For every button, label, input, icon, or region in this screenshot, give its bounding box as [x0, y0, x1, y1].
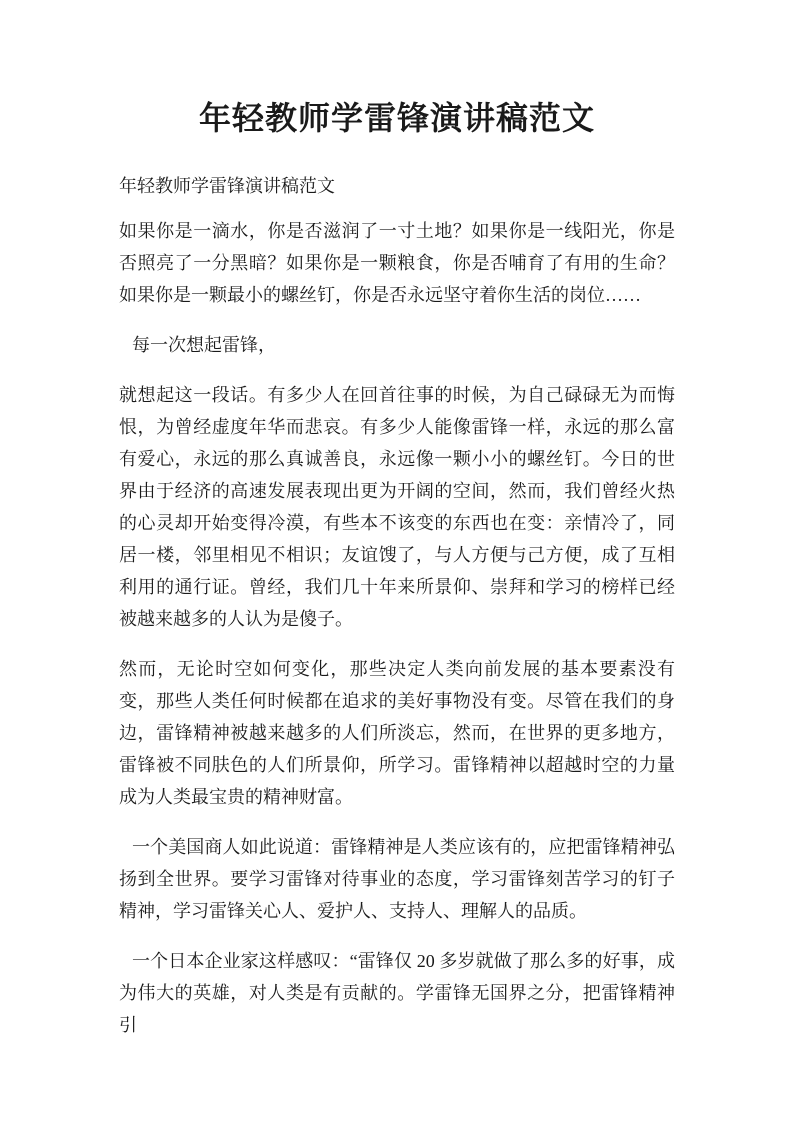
paragraph-intro-water: 如果你是一滴水，你是否滋润了一寸土地？如果你是一线阳光，你是否照亮了一分黑暗？如… — [119, 215, 675, 311]
paragraph-american-businessman: 一个美国商人如此说道：雷锋精神是人类应该有的，应把雷锋精神弘扬到全世界。要学习雷… — [119, 831, 675, 927]
paragraph-remember-leifeng: 每一次想起雷锋， — [119, 329, 675, 361]
paragraph-japanese-entrepreneur: 一个日本企业家这样感叹：“雷锋仅 20 多岁就做了那么多的好事，成为伟大的英雄，… — [119, 945, 675, 1041]
paragraph-this-passage: 就想起这一段话。有多少人在回首往事的时候，为自己碌碌无为而悔恨，为曾经虚度年华而… — [119, 379, 675, 635]
paragraph-however-spirit: 然而，无论时空如何变化，那些决定人类向前发展的基本要素没有变，那些人类任何时候都… — [119, 653, 675, 813]
document-page: 年轻教师学雷锋演讲稿范文 年轻教师学雷锋演讲稿范文 如果你是一滴水，你是否滋润了… — [0, 0, 793, 1122]
document-title: 年轻教师学雷锋演讲稿范文 — [119, 97, 675, 139]
document-subtitle: 年轻教师学雷锋演讲稿范文 — [119, 175, 675, 197]
